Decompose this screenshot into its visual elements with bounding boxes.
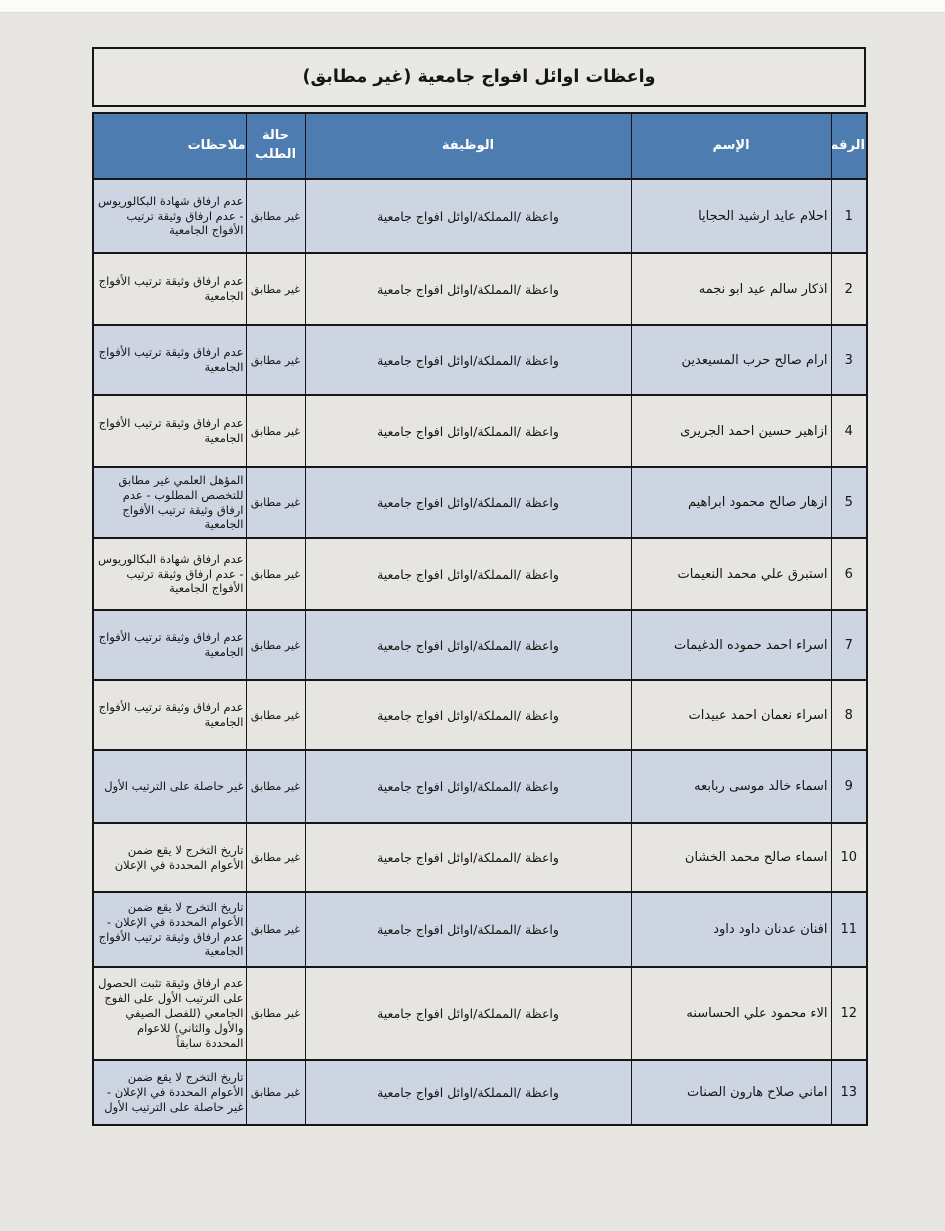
row-number: 13 <box>831 1060 867 1125</box>
row-number: 4 <box>831 395 867 467</box>
applicant-name: ارام صالح حرب المسيعدين <box>631 325 831 395</box>
row-number: 10 <box>831 823 867 892</box>
row-notes: عدم ارفاق شهادة البكالوريوس - عدم ارفاق … <box>93 179 246 253</box>
application-status: غير مطابق <box>246 967 305 1060</box>
applicants-table: الرقم الإسم الوظيفة حالة الطلب ملاحظات 1… <box>92 112 868 1126</box>
applicant-name: ازهار صالح محمود ابراهيم <box>631 467 831 538</box>
table-row: 6 استبرق علي محمد النعيمات واعظة /المملك… <box>93 538 867 610</box>
application-status: غير مطابق <box>246 610 305 680</box>
job-title: واعظة /المملكة/اوائل افواج جامعية <box>305 610 631 680</box>
table-row: 7 اسراء احمد حموده الدغيمات واعظة /الممل… <box>93 610 867 680</box>
job-title: واعظة /المملكة/اوائل افواج جامعية <box>305 750 631 823</box>
job-title: واعظة /المملكة/اوائل افواج جامعية <box>305 538 631 610</box>
scanned-document-page: { "title": "واعظات اوائل افواج جامعية (غ… <box>0 0 945 1231</box>
table-header: الرقم الإسم الوظيفة حالة الطلب ملاحظات <box>93 113 867 179</box>
job-title: واعظة /المملكة/اوائل افواج جامعية <box>305 892 631 967</box>
job-title: واعظة /المملكة/اوائل افواج جامعية <box>305 325 631 395</box>
job-title: واعظة /المملكة/اوائل افواج جامعية <box>305 967 631 1060</box>
table-row: 13 اماني صلاح هارون الصنات واعظة /المملك… <box>93 1060 867 1125</box>
header-job: الوظيفة <box>305 113 631 179</box>
application-status: غير مطابق <box>246 538 305 610</box>
header-number: الرقم <box>831 113 867 179</box>
applicant-name: اسراء نعمان احمد عبيدات <box>631 680 831 750</box>
row-number: 1 <box>831 179 867 253</box>
table-header-row: الرقم الإسم الوظيفة حالة الطلب ملاحظات <box>93 113 867 179</box>
application-status: غير مطابق <box>246 750 305 823</box>
applicant-name: اماني صلاح هارون الصنات <box>631 1060 831 1125</box>
job-title: واعظة /المملكة/اوائل افواج جامعية <box>305 253 631 325</box>
row-number: 5 <box>831 467 867 538</box>
table-row: 10 اسماء صالح محمد الخشان واعظة /المملكة… <box>93 823 867 892</box>
application-status: غير مطابق <box>246 1060 305 1125</box>
row-notes: تاريخ التخرج لا يقع ضمن الأعوام المحددة … <box>93 892 246 967</box>
applicant-name: افنان عدنان داود داود <box>631 892 831 967</box>
applicant-name: احلام عايد ارشيد الحجايا <box>631 179 831 253</box>
row-notes: المؤهل العلمي غير مطابق للتخصص المطلوب -… <box>93 467 246 538</box>
row-number: 9 <box>831 750 867 823</box>
table-row: 9 اسماء خالد موسى ربابعه واعظة /المملكة/… <box>93 750 867 823</box>
table-row: 4 ازاهير حسين احمد الجريرى واعظة /المملك… <box>93 395 867 467</box>
application-status: غير مطابق <box>246 467 305 538</box>
applicant-name: استبرق علي محمد النعيمات <box>631 538 831 610</box>
application-status: غير مطابق <box>246 823 305 892</box>
row-number: 8 <box>831 680 867 750</box>
job-title: واعظة /المملكة/اوائل افواج جامعية <box>305 1060 631 1125</box>
row-notes: عدم ارفاق وثيقة ترتيب الأفواج الجامعية <box>93 395 246 467</box>
table-row: 11 افنان عدنان داود داود واعظة /المملكة/… <box>93 892 867 967</box>
header-name: الإسم <box>631 113 831 179</box>
job-title: واعظة /المملكة/اوائل افواج جامعية <box>305 680 631 750</box>
row-notes: غير حاصلة على الترتيب الأول <box>93 750 246 823</box>
job-title: واعظة /المملكة/اوائل افواج جامعية <box>305 395 631 467</box>
row-notes: عدم ارفاق شهادة البكالوريوس - عدم ارفاق … <box>93 538 246 610</box>
row-number: 3 <box>831 325 867 395</box>
header-status: حالة الطلب <box>246 113 305 179</box>
page-top-margin <box>0 0 945 13</box>
row-notes: عدم ارفاق وثيقة ترتيب الأفواج الجامعية <box>93 325 246 395</box>
row-number: 6 <box>831 538 867 610</box>
row-notes: عدم ارفاق وثيقة ترتيب الأفواج الجامعية <box>93 610 246 680</box>
table-row: 8 اسراء نعمان احمد عبيدات واعظة /المملكة… <box>93 680 867 750</box>
application-status: غير مطابق <box>246 253 305 325</box>
job-title: واعظة /المملكة/اوائل افواج جامعية <box>305 823 631 892</box>
applicant-name: اذكار سالم عيد ابو نجمه <box>631 253 831 325</box>
header-notes: ملاحظات <box>93 113 246 179</box>
row-number: 2 <box>831 253 867 325</box>
table-row: 2 اذكار سالم عيد ابو نجمه واعظة /المملكة… <box>93 253 867 325</box>
applicant-name: ازاهير حسين احمد الجريرى <box>631 395 831 467</box>
document-title: واعظات اوائل افواج جامعية (غير مطابق) <box>302 67 655 87</box>
job-title: واعظة /المملكة/اوائل افواج جامعية <box>305 179 631 253</box>
job-title: واعظة /المملكة/اوائل افواج جامعية <box>305 467 631 538</box>
row-notes: عدم ارفاق وثيقة ترتيب الأفواج الجامعية <box>93 253 246 325</box>
row-notes: عدم ارفاق وثيقة ترتيب الأفواج الجامعية <box>93 680 246 750</box>
row-number: 11 <box>831 892 867 967</box>
application-status: غير مطابق <box>246 325 305 395</box>
table-row: 12 الاء محمود علي الحساسنه واعظة /المملك… <box>93 967 867 1060</box>
application-status: غير مطابق <box>246 680 305 750</box>
application-status: غير مطابق <box>246 179 305 253</box>
table-row: 5 ازهار صالح محمود ابراهيم واعظة /المملك… <box>93 467 867 538</box>
applicant-name: اسراء احمد حموده الدغيمات <box>631 610 831 680</box>
applicant-name: اسماء خالد موسى ربابعه <box>631 750 831 823</box>
table-row: 3 ارام صالح حرب المسيعدين واعظة /المملكة… <box>93 325 867 395</box>
row-number: 12 <box>831 967 867 1060</box>
document-title-box: واعظات اوائل افواج جامعية (غير مطابق) <box>92 47 866 107</box>
application-status: غير مطابق <box>246 395 305 467</box>
applicant-name: الاء محمود علي الحساسنه <box>631 967 831 1060</box>
applicant-name: اسماء صالح محمد الخشان <box>631 823 831 892</box>
row-notes: عدم ارفاق وثيقة تثبت الحصول على الترتيب … <box>93 967 246 1060</box>
table-row: 1 احلام عايد ارشيد الحجايا واعظة /المملك… <box>93 179 867 253</box>
application-status: غير مطابق <box>246 892 305 967</box>
row-notes: تاريخ التخرج لا يقع ضمن الأعوام المحددة … <box>93 823 246 892</box>
row-notes: تاريخ التخرج لا يقع ضمن الأعوام المحددة … <box>93 1060 246 1125</box>
row-number: 7 <box>831 610 867 680</box>
table-body: 1 احلام عايد ارشيد الحجايا واعظة /المملك… <box>93 179 867 1125</box>
